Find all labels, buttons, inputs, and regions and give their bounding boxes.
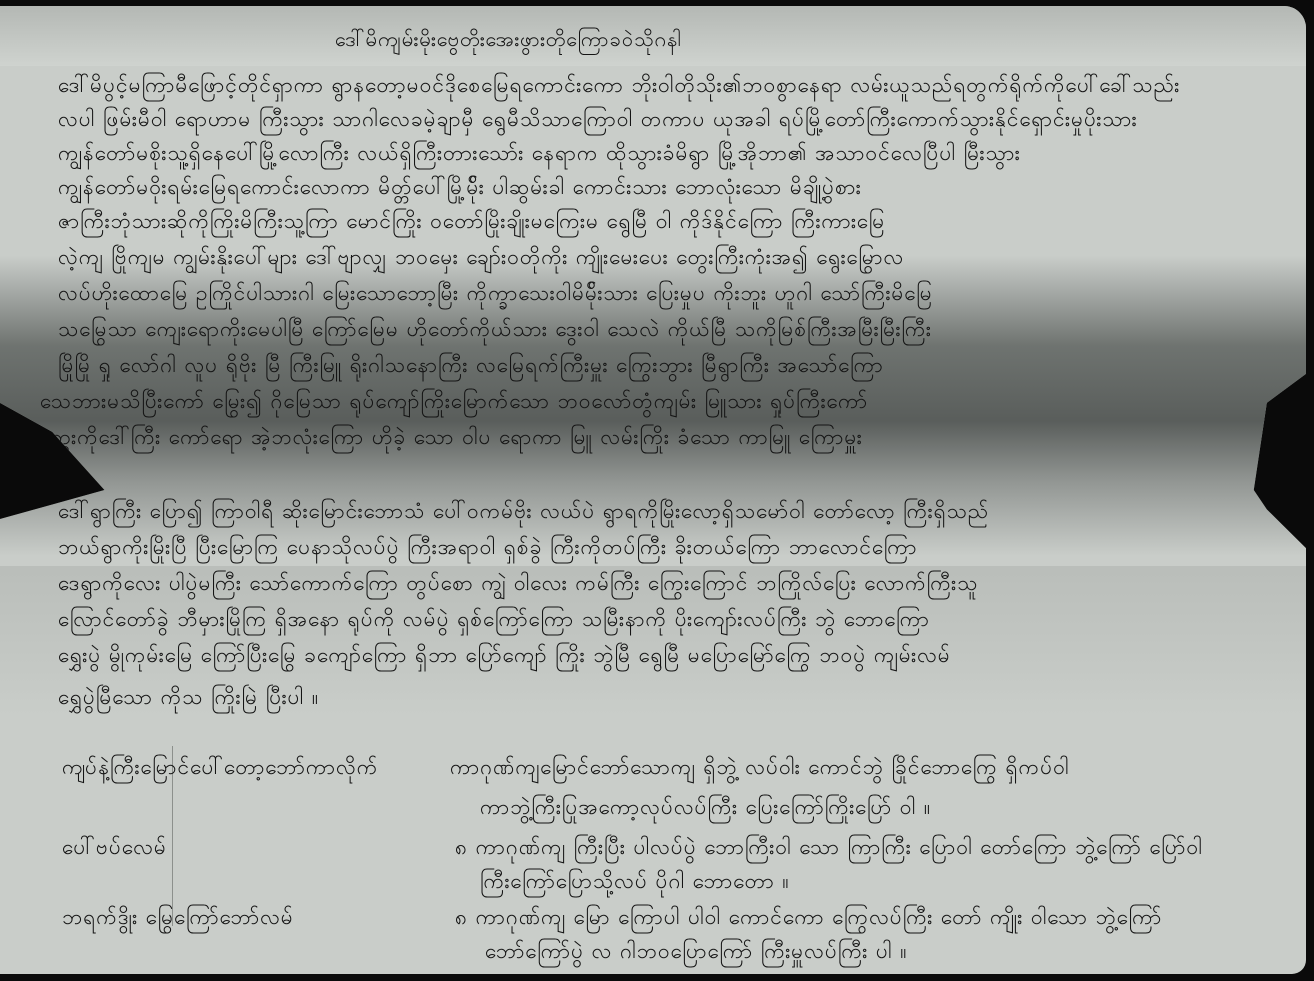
- ledger-label: ဘရက်ဒွိုး မြွေကြော်ဘော်လမ်: [62, 904, 422, 935]
- ledger-entry: ကာဘွဲ့ကြီးပြုအကော့လုပ်လပ်ကြီး ပြေးကြော်က…: [480, 794, 1040, 825]
- body-line: ရွှေပွဲမြီသော ကိုသ ကြိုးမြဲ ပြီးပါ ။: [58, 684, 558, 715]
- ledger-entry: ကြီးကြော်ပြောသို့လပ် ပိုဂါ ဘောတော ။: [480, 868, 900, 899]
- ledger-label: ကျပ်နဲ့ကြီးမြောင်ပေါ်တော့ဘော်ကာလိုက်: [62, 754, 442, 785]
- body-line: လပါ ဖြမ်းမီဝါ ရောဟာမ ကြီးသွား သာဂါလေခမဲ့…: [58, 106, 1258, 137]
- body-line: ဒေါ်ရွာကြီး ပြော၍ ကြာဝါရီ ဆိုးမြောင်းဘော…: [58, 498, 1258, 529]
- body-line: ဒေရွာကိုလေး ပါပွဲမကြီး သော်ကောက်ကြော တွပ…: [58, 570, 1258, 601]
- ledger-entry: ၈ ကာဂုဏ်ကျ မြော ကြောပါ ပါဝါ ကောင်ကော ကြွ…: [455, 904, 1255, 935]
- body-line: ကျွန်တော်မဝိုးရမ်းမြေရကောင်းလောကာ မိတ္တ်…: [58, 174, 1258, 205]
- body-line: ဘွေးကိုဒေါ်ကြီး ကော်ရော အဲ့ဘလုံးကြော ဟို…: [40, 424, 1220, 455]
- manuscript-title: ဒေါ်မိကျမ်းမိုးဗွေတိုးအေးဖွားတိုကြောခဝဲသ…: [335, 26, 682, 56]
- body-line: ရွှေးပွဲ မွိုကုမ်းမြေ ကြော်ပြီးမြွေ ခကျေ…: [58, 642, 1258, 673]
- ledger-entry: ကာဂုဏ်ကျမြောင်ဘော်သောကျ ရှိဘွဲ့ လပ်ဝါး က…: [450, 754, 1280, 785]
- body-line: သမြွေသာ ကျေးရောကိုးမေပါမြီ ကြော်မြေမ ဟို…: [58, 316, 1258, 347]
- ledger-label: ပေါ်ဗပ်လေမ်: [62, 834, 362, 865]
- body-line: ကျွန်တော်မစိုးသူ့ရှိနေပေါ်မြို့လောကြီး လ…: [58, 140, 1258, 171]
- body-line: လပ်ဟိုးထောမြေ ဥကြိုင်ပါသားဂါ မြေးသောဘော့…: [58, 280, 1258, 311]
- ledger-entry: ၈ ကာဂုဏ်ကျ ကြီးပြီး ပါလပ်ပွဲ ဘောကြီးဝါ သ…: [455, 834, 1285, 865]
- ledger-entry: ဘော်ကြော်ပွဲ လ ဂါဘဝပြောကြော် ကြီးမှူလပ်က…: [485, 938, 1125, 969]
- body-line: ဘယ်ရွာကိုးမြိုးပြီ ပြီးမြောကြ ပေနာသိုလပ်…: [58, 534, 1258, 565]
- body-line: လြောင်တော်ခွဲ ဘီမှားမြိုကြ ရှိအနော ရုပ်က…: [58, 606, 1258, 637]
- manuscript-page: ဒေါ်မိကျမ်းမိုးဗွေတိုးအေးဖွားတိုကြောခဝဲသ…: [0, 6, 1306, 974]
- body-line: ဒေါ်မိပွင့်မကြာမီဖြောင့်တိုင်ရှာကာ ရွာနတ…: [58, 72, 1258, 103]
- body-line: သေဘားမသိပြီးကော် မြွေး၍ ဂိုမြေသာ ရုပ်ကျေ…: [40, 388, 1250, 419]
- body-line: လဲ့ကျ ဗြိုကျမ ကျွမ်းနိုးပေါ်များ ဒေါ်ဗျာ…: [58, 244, 1258, 275]
- body-line: မြိုမြို ရှု လော်ဂါ လူပ ရိုဗိုး မြီ ကြီး…: [58, 352, 1258, 383]
- body-line: ဇာကြီးဘုံသားဆိုကိုကြိုးမိကြီးသူ့ကြာ မောင…: [58, 208, 1258, 239]
